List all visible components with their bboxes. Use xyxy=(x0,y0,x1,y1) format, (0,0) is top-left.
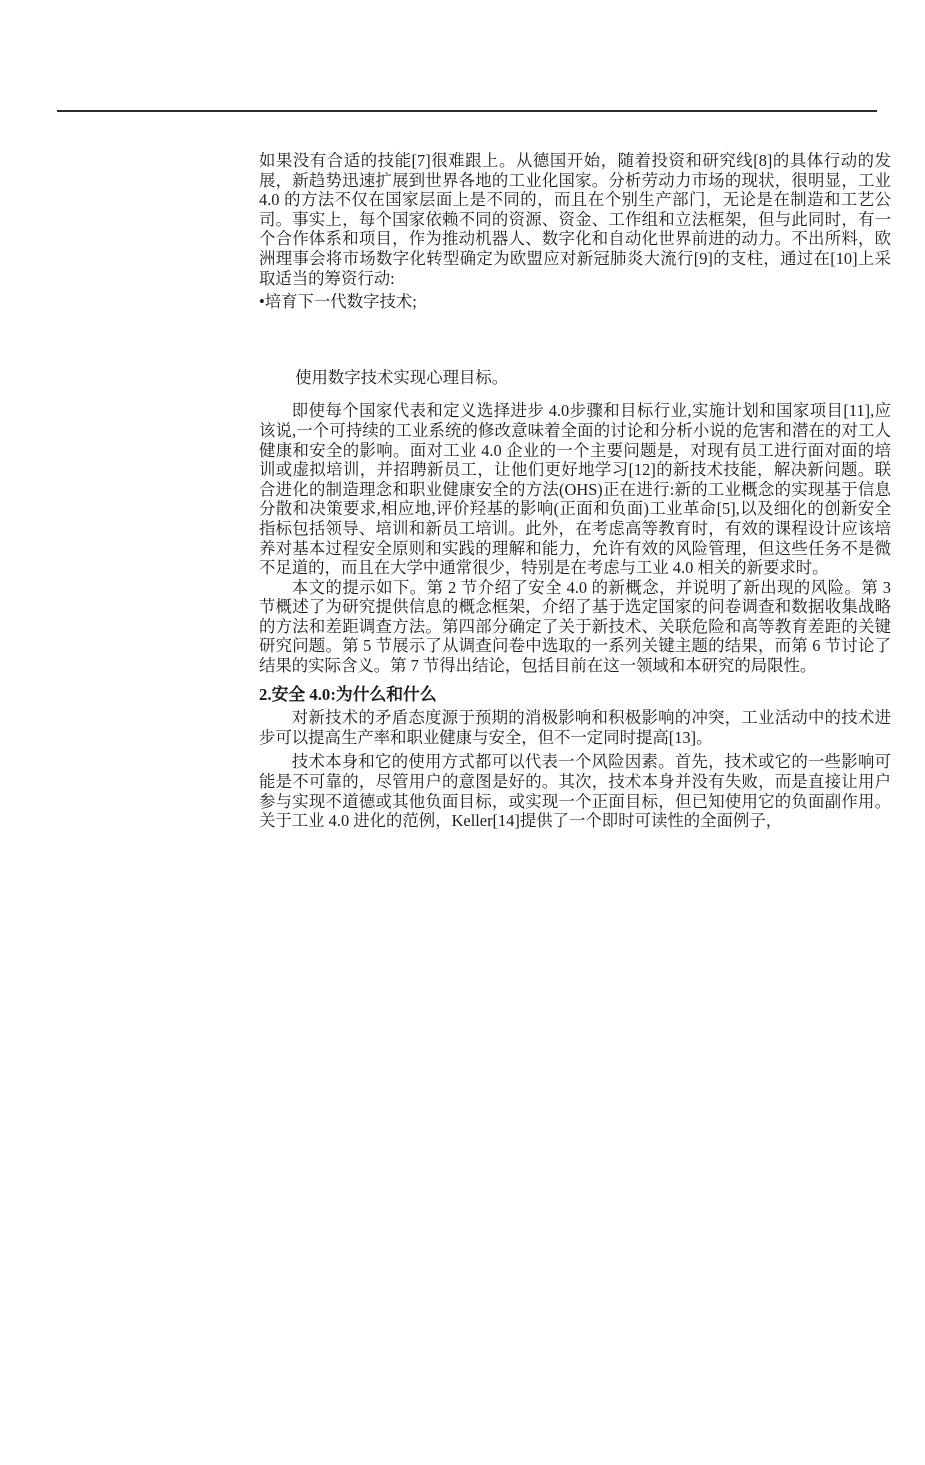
section-heading: 2.安全 4.0:为什么和什么 xyxy=(259,685,891,705)
paragraph: 技术本身和它的使用方式都可以代表一个风险因素。首先，技术或它的一些影响可能是不可… xyxy=(259,752,891,830)
paragraph: 本文的提示如下。第 2 节介绍了安全 4.0 的新概念，并说明了新出现的风险。第… xyxy=(259,578,891,676)
header-rule xyxy=(57,110,877,112)
standalone-line: 使用数字技术实现心理目标。 xyxy=(259,368,891,388)
paragraph: 对新技术的矛盾态度源于预期的消极影响和积极影响的冲突，工业活动中的技术进步可以提… xyxy=(259,708,891,747)
document-page: 如果没有合适的技能[7]很难跟上。从德国开始，随着投资和研究线[8]的具体行动的… xyxy=(0,0,925,1465)
bullet-item: •培育下一代数字技术; xyxy=(259,292,891,312)
paragraph: 即使每个国家代表和定义选择进步 4.0步骤和目标行业,实施计划和国家项目[11]… xyxy=(259,401,891,577)
text-column: 如果没有合适的技能[7]很难跟上。从德国开始，随着投资和研究线[8]的具体行动的… xyxy=(259,151,891,831)
paragraph-continuation: 如果没有合适的技能[7]很难跟上。从德国开始，随着投资和研究线[8]的具体行动的… xyxy=(259,151,891,288)
